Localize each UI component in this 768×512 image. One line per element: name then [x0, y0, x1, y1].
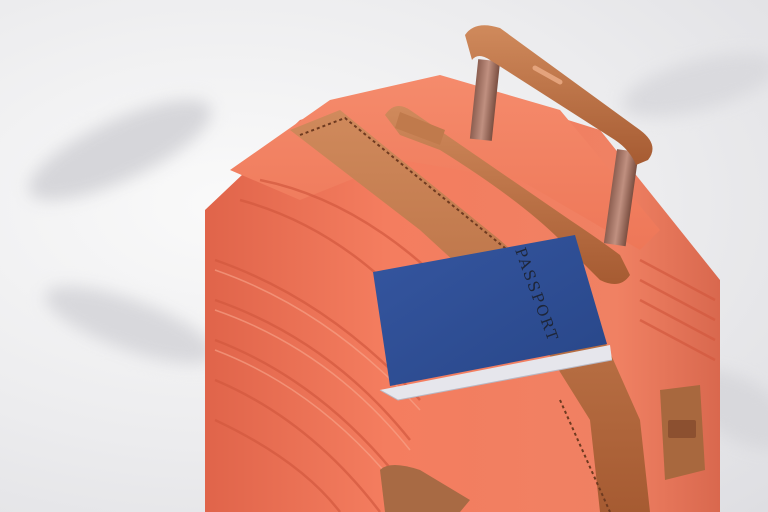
suitcase-photo: PASSPORT	[0, 0, 768, 512]
